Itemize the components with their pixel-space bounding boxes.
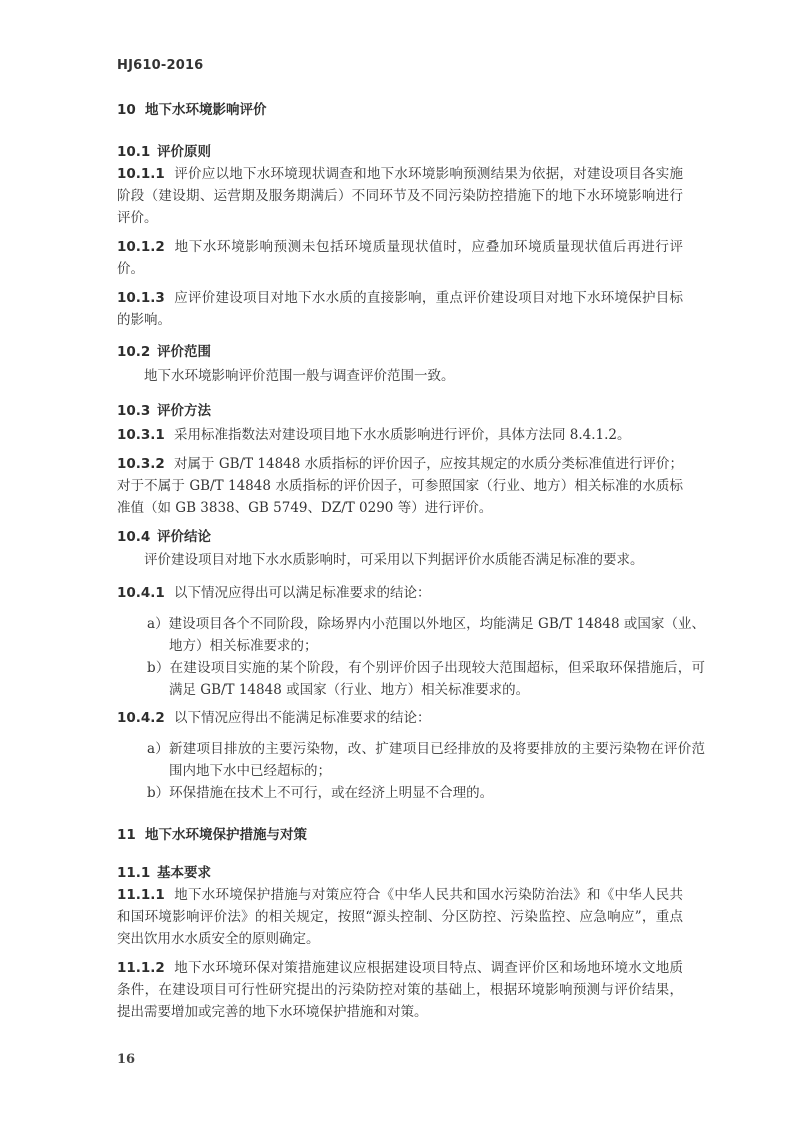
clause-text: 地下水环境环保对策措施建议应根据建设项目特点、调查评价区和场地环境水文地质条件，… <box>117 960 683 1020</box>
clause-10-1-1: 10.1.1评价应以地下水环境现状调查和地下水环境影响预测结果为依据，对建设项目… <box>117 163 683 229</box>
paragraph-10-2: 地下水环境影响评价范围一般与调查评价范围一致。 <box>117 365 683 387</box>
clause-number: 10.1.3 <box>117 287 174 309</box>
clause-10-4-1: 10.4.1以下情况应得出可以满足标准要求的结论： <box>117 582 683 604</box>
section-number: 10.1 <box>117 144 157 160</box>
clause-number: 10.1.1 <box>117 163 174 185</box>
clause-number: 10.3.1 <box>117 424 174 446</box>
section-title: 评价范围 <box>157 344 211 360</box>
section-number: 11 <box>117 827 145 843</box>
clause-text: 以下情况应得出可以满足标准要求的结论： <box>174 585 431 601</box>
clause-10-4-2: 10.4.2以下情况应得出不能满足标准要求的结论： <box>117 707 683 729</box>
clause-text: 对属于 GB/T 14848 水质指标的评价因子，应按其规定的水质分类标准值进行… <box>117 456 683 516</box>
list-item-10-4-1-b: b）在建设项目实施的某个阶段，有个别评价因子出现较大范围超标，但采取环保措施后，… <box>147 657 705 701</box>
clause-10-1-2: 10.1.2地下水环境影响预测未包括环境质量现状值时，应叠加环境质量现状值后再进… <box>117 236 683 280</box>
clause-text: 采用标准指数法对建设项目地下水水质影响进行评价，具体方法同 8.4.1.2。 <box>174 427 631 443</box>
section-title: 地下水环境保护措施与对策 <box>145 827 307 843</box>
section-title: 基本要求 <box>157 865 211 881</box>
page-number: 16 <box>117 1052 135 1067</box>
section-title: 地下水环境影响评价 <box>145 102 267 118</box>
section-10-2-heading: 10.2评价范围 <box>117 340 211 360</box>
document-page: HJ610-2016 10地下水环境影响评价 10.1评价原则 10.1.1评价… <box>0 0 800 1132</box>
clause-number: 11.1.1 <box>117 884 174 906</box>
section-10-3-heading: 10.3评价方法 <box>117 399 211 419</box>
section-number: 10.2 <box>117 344 157 360</box>
section-title: 评价原则 <box>157 144 211 160</box>
clause-10-3-1: 10.3.1采用标准指数法对建设项目地下水水质影响进行评价，具体方法同 8.4.… <box>117 424 683 446</box>
section-11-heading: 11地下水环境保护措施与对策 <box>117 823 307 843</box>
clause-10-3-2: 10.3.2对属于 GB/T 14848 水质指标的评价因子，应按其规定的水质分… <box>117 453 683 519</box>
clause-number: 10.3.2 <box>117 453 174 475</box>
paragraph-10-4: 评价建设项目对地下水水质影响时，可采用以下判据评价水质能否满足标准的要求。 <box>117 549 683 571</box>
list-item-10-4-2-a: a）新建项目排放的主要污染物，改、扩建项目已经排放的及将要排放的主要污染物在评价… <box>147 738 705 782</box>
clause-number: 10.4.2 <box>117 707 174 729</box>
clause-11-1-2: 11.1.2地下水环境环保对策措施建议应根据建设项目特点、调查评价区和场地环境水… <box>117 957 683 1023</box>
section-10-heading: 10地下水环境影响评价 <box>117 98 267 118</box>
clause-number: 10.1.2 <box>117 236 174 258</box>
clause-number: 10.4.1 <box>117 582 174 604</box>
clause-number: 11.1.2 <box>117 957 174 979</box>
section-number: 10 <box>117 102 145 118</box>
section-number: 10.4 <box>117 529 157 545</box>
list-item-10-4-2-b: b）环保措施在技术上不可行，或在经济上明显不合理的。 <box>147 782 705 804</box>
clause-text: 评价应以地下水环境现状调查和地下水环境影响预测结果为依据，对建设项目各实施阶段（… <box>117 166 683 226</box>
section-title: 评价方法 <box>157 403 211 419</box>
clause-text: 地下水环境保护措施与对策应符合《中华人民共和国水污染防治法》和《中华人民共和国环… <box>117 887 683 947</box>
clause-11-1-1: 11.1.1地下水环境保护措施与对策应符合《中华人民共和国水污染防治法》和《中华… <box>117 884 683 950</box>
clause-10-1-3: 10.1.3应评价建设项目对地下水水质的直接影响，重点评价建设项目对地下水环境保… <box>117 287 683 331</box>
section-10-1-heading: 10.1评价原则 <box>117 140 211 160</box>
list-item-10-4-1-a: a）建设项目各个不同阶段，除场界内小范围以外地区，均能满足 GB/T 14848… <box>147 613 705 657</box>
section-number: 10.3 <box>117 403 157 419</box>
section-number: 11.1 <box>117 865 157 881</box>
section-11-1-heading: 11.1基本要求 <box>117 861 211 881</box>
document-code-header: HJ610-2016 <box>117 58 203 73</box>
section-10-4-heading: 10.4评价结论 <box>117 525 211 545</box>
clause-text: 以下情况应得出不能满足标准要求的结论： <box>174 710 431 726</box>
clause-text: 应评价建设项目对地下水水质的直接影响，重点评价建设项目对地下水环境保护目标的影响… <box>117 290 683 328</box>
clause-text: 地下水环境影响预测未包括环境质量现状值时，应叠加环境质量现状值后再进行评价。 <box>117 239 683 277</box>
section-title: 评价结论 <box>157 529 211 545</box>
